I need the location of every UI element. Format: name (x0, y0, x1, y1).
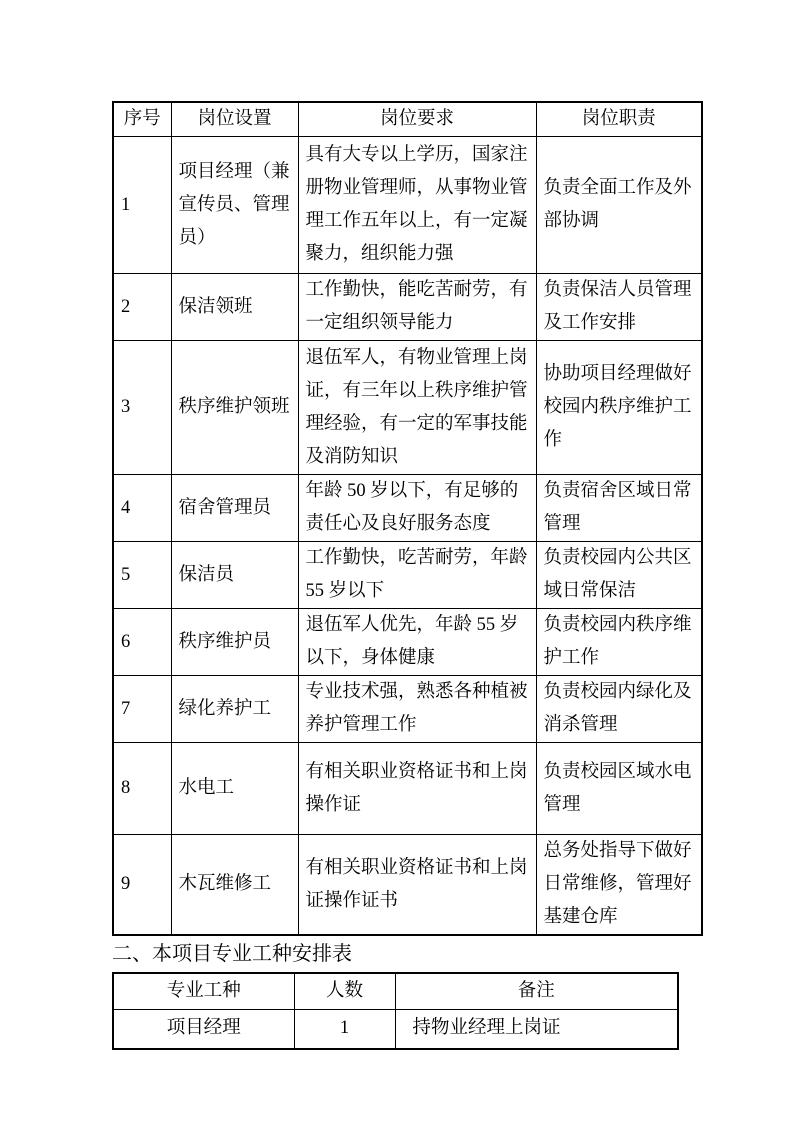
cell-no: 1 (113, 137, 171, 274)
cell-requirements: 有相关职业资格证书和上岗操作证 (298, 743, 536, 835)
cell-position: 项目经理（兼宣传员、管理员） (171, 137, 298, 274)
cell-duties: 负责校园内绿化及消杀管理 (536, 676, 702, 743)
cell-no: 9 (113, 835, 171, 936)
table-row: 7 绿化养护工 专业技术强，熟悉各种植被养护管理工作 负责校园内绿化及消杀管理 (113, 676, 702, 743)
cell-duties: 协助项目经理做好校园内秩序维护工作 (536, 341, 702, 475)
cell-requirements: 工作勤快，能吃苦耐劳，有一定组织领导能力 (298, 274, 536, 341)
cell-requirements: 具有大专以上学历，国家注册物业管理师，从事物业管理工作五年以上，有一定凝聚力，组… (298, 137, 536, 274)
header-cell-position: 岗位设置 (171, 102, 298, 137)
header-cell-no: 序号 (113, 102, 171, 137)
cell-duties: 总务处指导下做好日常维修，管理好基建仓库 (536, 835, 702, 936)
cell-no: 5 (113, 542, 171, 609)
cell-requirements: 专业技术强，熟悉各种植被养护管理工作 (298, 676, 536, 743)
header-cell-duties: 岗位职责 (536, 102, 702, 137)
cell-requirements: 有相关职业资格证书和上岗证操作证书 (298, 835, 536, 936)
positions-table-header-row: 序号 岗位设置 岗位要求 岗位职责 (113, 102, 702, 137)
table-row: 9 木瓦维修工 有相关职业资格证书和上岗证操作证书 总务处指导下做好日常维修，管… (113, 835, 702, 936)
cell-requirements: 工作勤快，吃苦耐劳，年龄 55 岁以下 (298, 542, 536, 609)
cell-requirements: 年龄 50 岁以下，有足够的责任心及良好服务态度 (298, 475, 536, 542)
cell-position: 绿化养护工 (171, 676, 298, 743)
table-row: 5 保洁员 工作勤快，吃苦耐劳，年龄 55 岁以下 负责校园内公共区域日常保洁 (113, 542, 702, 609)
cell-trade: 项目经理 (113, 1009, 294, 1049)
cell-requirements: 退伍军人优先，年龄 55 岁以下，身体健康 (298, 609, 536, 676)
cell-note: 持物业经理上岗证 (395, 1009, 678, 1049)
cell-duties: 负责保洁人员管理及工作安排 (536, 274, 702, 341)
cell-position: 保洁领班 (171, 274, 298, 341)
cell-duties: 负责校园内公共区域日常保洁 (536, 542, 702, 609)
cell-count: 1 (294, 1009, 395, 1049)
cell-duties: 负责校园区域水电管理 (536, 743, 702, 835)
table-row: 6 秩序维护员 退伍军人优先，年龄 55 岁以下，身体健康 负责校园内秩序维护工… (113, 609, 702, 676)
cell-position: 水电工 (171, 743, 298, 835)
header-cell-count: 人数 (294, 973, 395, 1009)
cell-position: 秩序维护员 (171, 609, 298, 676)
cell-position: 宿舍管理员 (171, 475, 298, 542)
cell-position: 木瓦维修工 (171, 835, 298, 936)
header-cell-note: 备注 (395, 973, 678, 1009)
cell-duties: 负责全面工作及外部协调 (536, 137, 702, 274)
cell-no: 8 (113, 743, 171, 835)
table-row: 1 项目经理（兼宣传员、管理员） 具有大专以上学历，国家注册物业管理师，从事物业… (113, 137, 702, 274)
trades-table-header-row: 专业工种 人数 备注 (113, 973, 678, 1009)
table-row: 2 保洁领班 工作勤快，能吃苦耐劳，有一定组织领导能力 负责保洁人员管理及工作安… (113, 274, 702, 341)
cell-no: 6 (113, 609, 171, 676)
cell-no: 7 (113, 676, 171, 743)
table-row: 3 秩序维护领班 退伍军人，有物业管理上岗证，有三年以上秩序维护管理经验，有一定… (113, 341, 702, 475)
cell-no: 2 (113, 274, 171, 341)
cell-duties: 负责宿舍区域日常管理 (536, 475, 702, 542)
cell-no: 4 (113, 475, 171, 542)
section-heading: 二、本项目专业工种安排表 (112, 942, 793, 967)
table-row: 4 宿舍管理员 年龄 50 岁以下，有足够的责任心及良好服务态度 负责宿舍区域日… (113, 475, 702, 542)
table-row: 8 水电工 有相关职业资格证书和上岗操作证 负责校园区域水电管理 (113, 743, 702, 835)
header-cell-requirements: 岗位要求 (298, 102, 536, 137)
table-row: 项目经理 1 持物业经理上岗证 (113, 1009, 678, 1049)
cell-position: 保洁员 (171, 542, 298, 609)
cell-requirements: 退伍军人，有物业管理上岗证，有三年以上秩序维护管理经验，有一定的军事技能及消防知… (298, 341, 536, 475)
header-cell-trade: 专业工种 (113, 973, 294, 1009)
cell-no: 3 (113, 341, 171, 475)
cell-position: 秩序维护领班 (171, 341, 298, 475)
trades-table: 专业工种 人数 备注 项目经理 1 持物业经理上岗证 (112, 972, 679, 1050)
positions-table: 序号 岗位设置 岗位要求 岗位职责 1 项目经理（兼宣传员、管理员） 具有大专以… (112, 101, 703, 936)
document-page: 序号 岗位设置 岗位要求 岗位职责 1 项目经理（兼宣传员、管理员） 具有大专以… (0, 0, 793, 1122)
cell-duties: 负责校园内秩序维护工作 (536, 609, 702, 676)
